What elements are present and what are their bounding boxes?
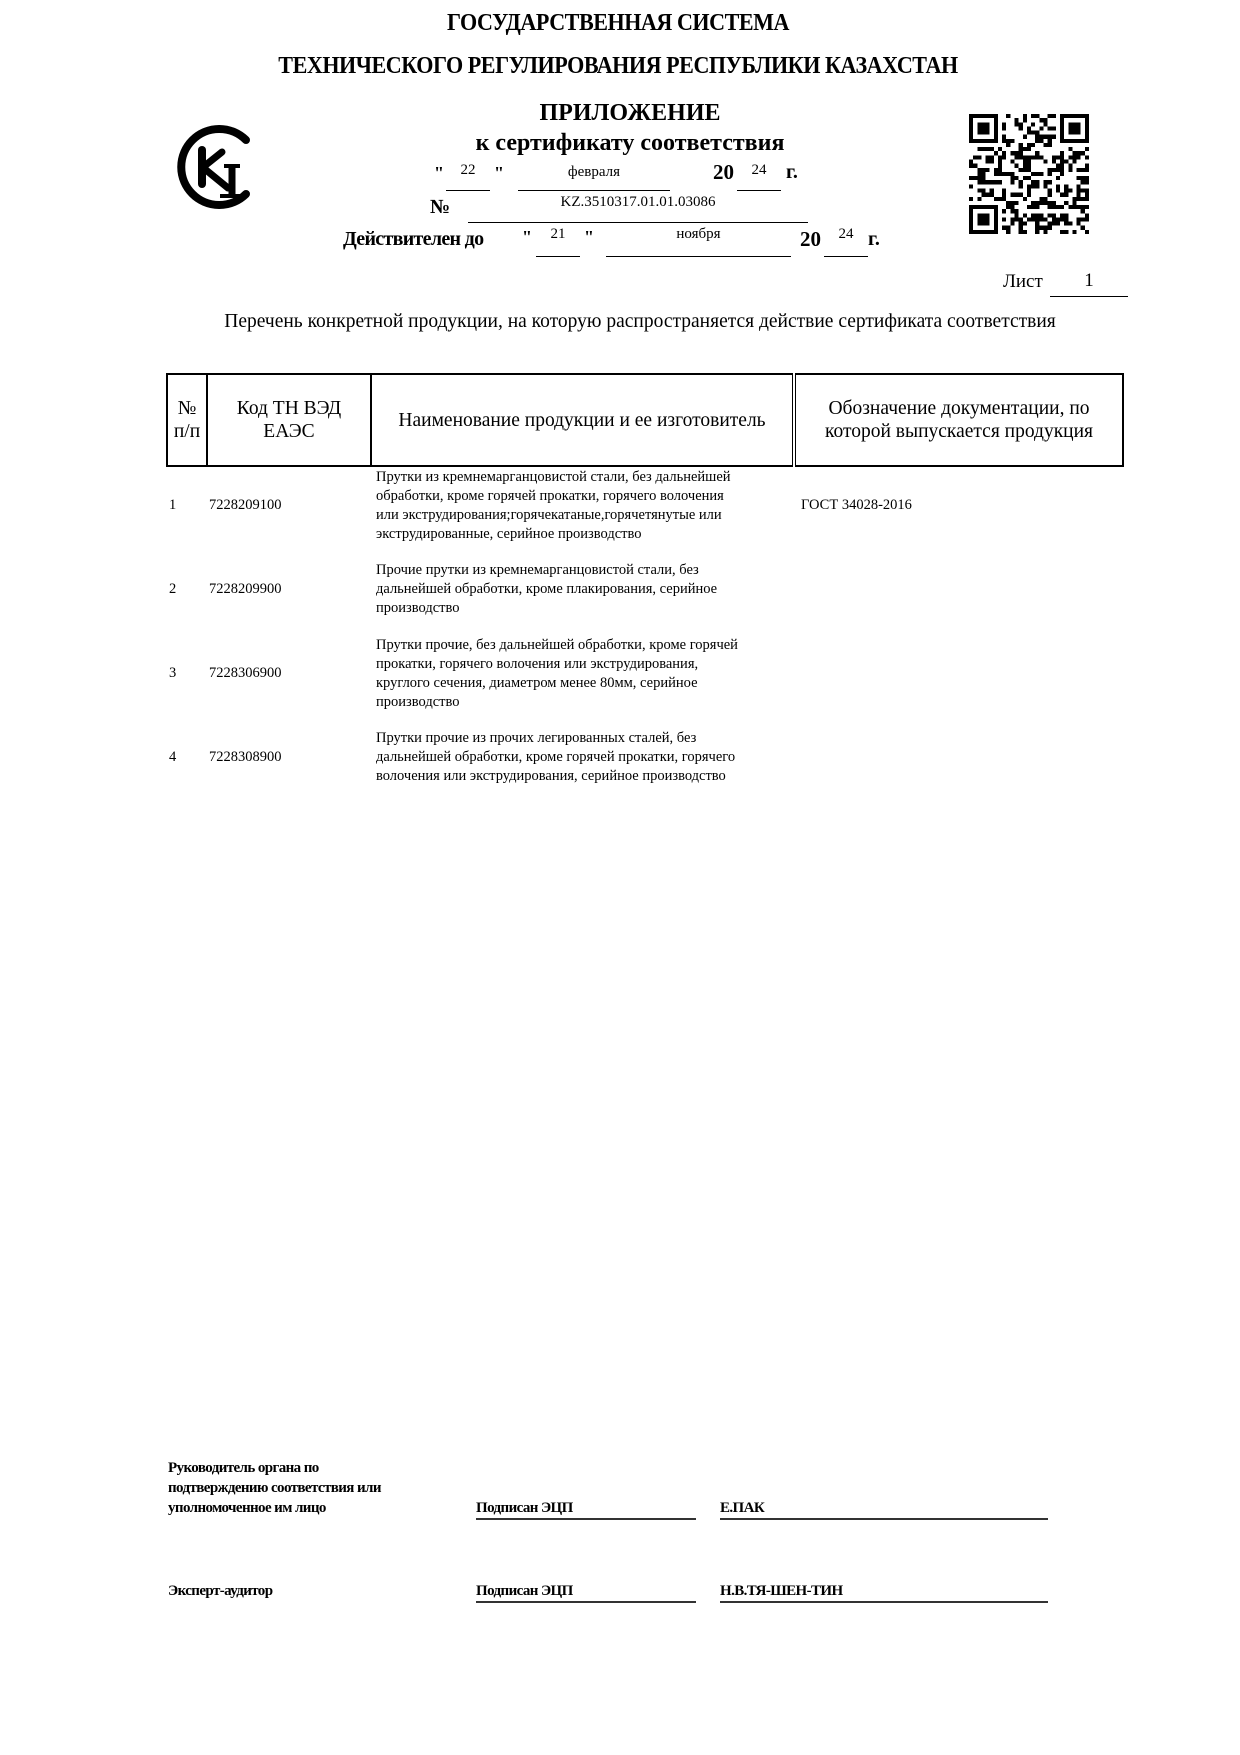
valid-year: 24 (824, 226, 868, 257)
kz-conformity-mark-icon (172, 122, 256, 212)
col-header-number: № п/п (167, 374, 207, 466)
table-row: 1 7228209100 Прутки из кремнемарганцовис… (166, 468, 1126, 548)
description-line: волочения или экструдирования, серийное … (376, 767, 796, 786)
head-role: Руководитель органа по подтверждению соо… (168, 1458, 468, 1518)
issue-year: 24 (737, 162, 781, 191)
header-text: которой выпускается продукция (796, 420, 1122, 443)
row-code: 7228308900 (209, 748, 282, 767)
products-table-header: № п/п Код ТН ВЭД ЕАЭС Наименование проду… (166, 373, 1124, 467)
header-text: ЕАЭС (208, 420, 370, 443)
header-text: Обозначение документации, по (796, 397, 1122, 420)
quote-open: " (522, 227, 532, 248)
description-line: круглого сечения, диаметром менее 80мм, … (376, 674, 796, 693)
head-signature: Подписан ЭЦП (476, 1498, 696, 1520)
description-line: дальнейшей обработки, кроме плакирования… (376, 580, 796, 599)
valid-century: 20 (800, 227, 821, 252)
row-number: 4 (169, 748, 176, 767)
description-line: Прочие прутки из кремнемарганцовистой ст… (376, 561, 796, 580)
row-number: 1 (169, 496, 176, 515)
description-line: прокатки, горячего волочения или экструд… (376, 655, 796, 674)
issue-year-suffix: г. (786, 161, 798, 184)
description-line: Прутки из кремнемарганцовистой стали, бе… (376, 468, 796, 487)
quote-open: " (434, 163, 444, 184)
cert-number: KZ.3510317.01.01.03086 (468, 194, 808, 223)
description-line: производство (376, 693, 796, 712)
row-number: 2 (169, 580, 176, 599)
qr-code-icon (969, 114, 1089, 234)
issue-century: 20 (713, 160, 734, 185)
quote-close: " (584, 227, 594, 248)
header-text: п/п (168, 420, 206, 443)
header-line-2: ТЕХНИЧЕСКОГО РЕГУЛИРОВАНИЯ РЕСПУБЛИКИ КА… (25, 53, 1212, 80)
sheet-number: 1 (1050, 266, 1128, 297)
description-line: или экструдирования;горячекатаные,горяче… (376, 506, 796, 525)
auditor-signature: Подписан ЭЦП (476, 1581, 696, 1603)
row-code: 7228209100 (209, 496, 282, 515)
auditor-name: Н.В.ТЯ-ШЕН-ТИН (720, 1581, 1048, 1603)
issue-day: 22 (446, 162, 490, 191)
description-line: Прутки прочие из прочих легированных ста… (376, 729, 796, 748)
head-name: Е.ПАК (720, 1498, 1048, 1520)
row-doc: ГОСТ 34028-2016 (801, 496, 912, 515)
row-description: Прутки из кремнемарганцовистой стали, бе… (376, 468, 796, 544)
valid-month: ноября (606, 226, 791, 257)
product-list-caption: Перечень конкретной продукции, на котору… (190, 311, 1090, 333)
row-code: 7228306900 (209, 664, 282, 683)
row-description: Прочие прутки из кремнемарганцовистой ст… (376, 561, 796, 618)
role-line: уполномоченное им лицо (168, 1498, 468, 1518)
row-number: 3 (169, 664, 176, 683)
table-row: 4 7228308900 Прутки прочие из прочих лег… (166, 729, 1126, 789)
row-description: Прутки прочие из прочих легированных ста… (376, 729, 796, 786)
col-header-name: Наименование продукции и ее изготовитель (371, 374, 794, 466)
document-title: ПРИЛОЖЕНИЕ (470, 100, 790, 127)
role-line: подтверждению соответствия или (168, 1478, 468, 1498)
description-line: Прутки прочие, без дальнейшей обработки,… (376, 636, 796, 655)
table-row: 3 7228306900 Прутки прочие, без дальнейш… (166, 636, 1126, 716)
quote-close: " (494, 163, 504, 184)
header-text: Код ТН ВЭД (208, 397, 370, 420)
valid-year-suffix: г. (868, 228, 880, 251)
role-line: Руководитель органа по (168, 1458, 468, 1478)
issue-month: февраля (518, 164, 670, 191)
header-text: № (168, 397, 206, 420)
row-description: Прутки прочие, без дальнейшей обработки,… (376, 636, 796, 712)
description-line: обработки, кроме горячей прокатки, горяч… (376, 487, 796, 506)
cert-number-label: № (430, 196, 450, 219)
col-header-code: Код ТН ВЭД ЕАЭС (207, 374, 371, 466)
table-row: 2 7228209900 Прочие прутки из кремнемарг… (166, 561, 1126, 621)
header-line-1: ГОСУДАРСТВЕННАЯ СИСТЕМА (25, 10, 1212, 37)
row-code: 7228209900 (209, 580, 282, 599)
valid-until-label: Действителен до (343, 228, 483, 251)
document-subtitle: к сертификату соответствия (440, 130, 820, 157)
description-line: экструдированные, серийное производство (376, 525, 796, 544)
description-line: производство (376, 599, 796, 618)
col-header-doc: Обозначение документации, по которой вып… (794, 374, 1123, 466)
auditor-role: Эксперт-аудитор (168, 1581, 272, 1601)
description-line: дальнейшей обработки, кроме горячей прок… (376, 748, 796, 767)
sheet-label: Лист (1003, 271, 1043, 293)
valid-day: 21 (536, 226, 580, 257)
